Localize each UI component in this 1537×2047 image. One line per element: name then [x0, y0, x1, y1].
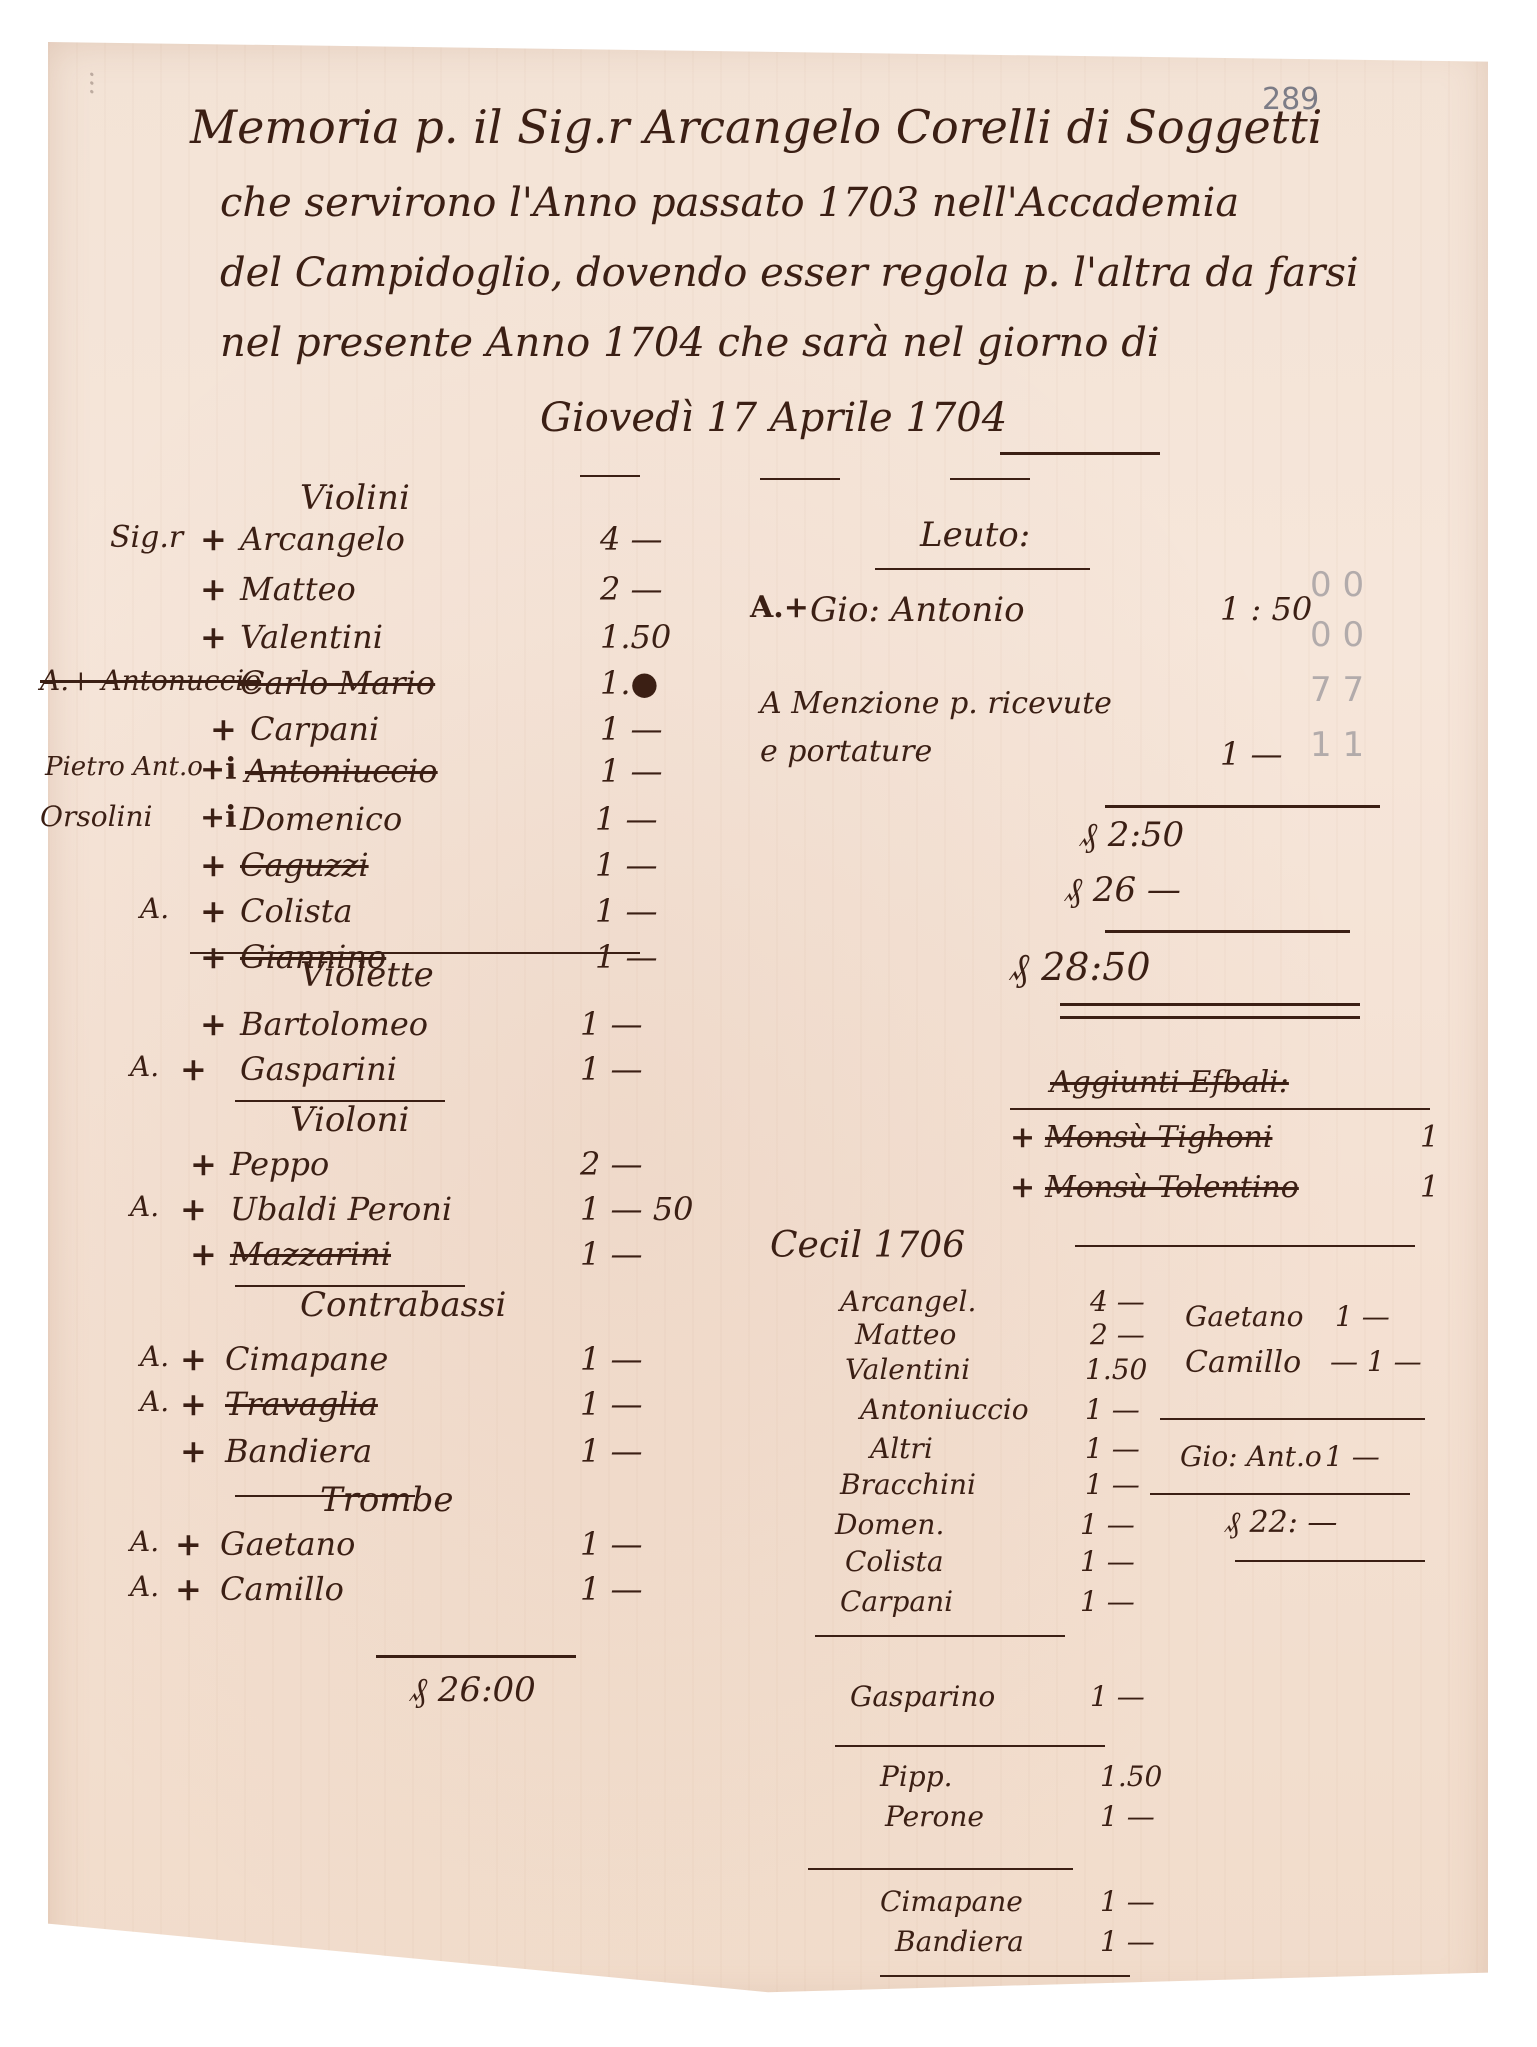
cross-mark: +i: [200, 800, 237, 835]
sum-rule: [1105, 805, 1380, 808]
fee-amount: 1.50: [1100, 1760, 1162, 1793]
pencil-figure: 0 0: [1310, 615, 1364, 655]
list-1706-total: ₰ 22: —: [1225, 1505, 1337, 1540]
musician-name: Antoniuccio: [860, 1393, 1029, 1426]
fee-amount: 1 —: [1325, 1440, 1380, 1473]
section-title-trombe: Trombe: [320, 1480, 454, 1520]
margin-note: Orsolini: [40, 800, 152, 833]
margin-note: A.: [130, 1050, 159, 1083]
fee-amount: 1 —: [580, 1340, 643, 1378]
fee-amount: 1 —: [580, 1385, 643, 1423]
fee-amount: 1 —: [1085, 1432, 1140, 1465]
heading-line-2: che servirono l'Anno passato 1703 nell'A…: [220, 180, 1239, 226]
fee-amount: 1 —: [600, 710, 663, 748]
section-title-contrabassi: Contrabassi: [300, 1285, 506, 1325]
margin-note: Sig.r: [110, 520, 183, 555]
fee-amount: — 1 —: [1330, 1345, 1422, 1378]
cross-mark: +: [1010, 1170, 1035, 1205]
cross-mark: +: [1010, 1120, 1035, 1155]
list-1706-title: Cecil 1706: [770, 1225, 965, 1266]
cross-mark: +i: [200, 752, 237, 787]
musician-name: Monsù Tolentino: [1045, 1170, 1299, 1205]
musician-name: Bandiera: [225, 1432, 372, 1470]
musician-name: Arcangelo: [240, 520, 405, 558]
cross-mark: +: [180, 1340, 207, 1378]
fee-amount: 1 —: [580, 1005, 643, 1043]
margin-note: A.: [140, 1385, 169, 1418]
fee-amount: 1.50: [1085, 1353, 1147, 1386]
musician-name: Altri: [870, 1432, 933, 1465]
total-rule: [376, 1655, 576, 1658]
fee-amount: 1 —: [580, 1570, 643, 1608]
fee-amount: 1 —: [595, 938, 658, 976]
pencil-figure: 1 1: [1310, 725, 1364, 765]
fee-amount: 1.50: [600, 618, 671, 656]
date-underline: [1000, 452, 1160, 455]
grand-total: ₰ 28:50: [1010, 945, 1151, 990]
cross-mark: +: [175, 1570, 202, 1608]
musician-name: Domenico: [240, 800, 402, 838]
margin-note: Pietro Ant.o: [45, 752, 203, 782]
musician-name: Carpani: [840, 1585, 953, 1618]
cross-mark: +: [210, 710, 237, 748]
musician-name: Arcangel.: [840, 1285, 976, 1318]
divider: [835, 1745, 1105, 1747]
musician-name: Camillo: [1185, 1345, 1301, 1380]
musician-name: Gaetano: [1185, 1300, 1303, 1333]
pencil-figure: 7 7: [1310, 670, 1364, 710]
musician-name: Monsù Tighoni: [1045, 1120, 1272, 1155]
musician-name: Gio: Antonio: [810, 590, 1025, 630]
cross-mark: +: [180, 1190, 207, 1228]
fee-amount: 1 —: [1100, 1885, 1155, 1918]
musician-name: Gaetano: [220, 1525, 355, 1563]
cross-mark: +: [180, 1385, 207, 1423]
musician-name: Bracchini: [840, 1468, 976, 1501]
fee-amount: 1 —: [1100, 1800, 1155, 1833]
double-rule: [1060, 1016, 1360, 1019]
divider: [1160, 1418, 1425, 1420]
cross-mark: +: [200, 570, 227, 608]
musician-name: Matteo: [855, 1318, 956, 1351]
fee-amount: 4 —: [600, 520, 663, 558]
margin-note: A.: [130, 1570, 159, 1603]
fee-amount: 1: [1420, 1170, 1439, 1205]
heading-line-3: del Campidoglio, dovendo esser regola p.…: [220, 250, 1359, 296]
subtotal-2: ₰ 26 —: [1065, 870, 1181, 910]
musician-name: Carpani: [250, 710, 379, 748]
cross-mark: +: [200, 846, 227, 884]
divider: [580, 475, 640, 477]
pencil-figure: 0 0: [1310, 560, 1364, 610]
fee-amount: 1 —: [1080, 1585, 1135, 1618]
margin-note: A.: [130, 1525, 159, 1558]
musician-name: Pipp.: [880, 1760, 953, 1793]
musician-name: Gasparino: [850, 1680, 995, 1713]
section-title-aggiunti: Aggiunti Efbali:: [1050, 1065, 1289, 1100]
fee-amount: 1: [1420, 1120, 1439, 1155]
fee-amount: 1 —: [1100, 1925, 1155, 1958]
fee-amount: 1 —: [1080, 1508, 1135, 1541]
musician-name: Colista: [240, 892, 353, 930]
divider: [1075, 1245, 1415, 1247]
fee-amount: 2 —: [600, 570, 663, 608]
cross-mark: +: [180, 1432, 207, 1470]
fee-amount: 1 —: [1220, 735, 1283, 773]
leuto-note: A Menzione p. ricevute e portature: [760, 680, 1120, 776]
fee-amount: 1.●: [600, 664, 658, 702]
fee-amount: 2 —: [580, 1145, 643, 1183]
musician-name: Cimapane: [225, 1340, 388, 1378]
section-title-violini: Violini: [300, 478, 410, 518]
cross-mark: +: [200, 1005, 227, 1043]
margin-note: A.: [130, 1190, 159, 1223]
divider: [1150, 1493, 1410, 1495]
cross-mark: A.+: [750, 590, 809, 625]
fee-amount: 1 —: [580, 1235, 643, 1273]
title-underline: [875, 568, 1090, 570]
heading-date: Giovedì 17 Aprile 1704: [540, 395, 1007, 441]
section-title-leuto: Leuto:: [920, 515, 1030, 555]
margin-note: A.: [140, 1340, 169, 1373]
fee-amount: 1 —: [1090, 1680, 1145, 1713]
musician-name: Mazzarini: [230, 1235, 391, 1273]
musician-name: Valentini: [845, 1353, 970, 1386]
heading-line-1: Memoria p. il Sig.r Arcangelo Corelli di…: [190, 100, 1322, 154]
cross-mark: +: [200, 892, 227, 930]
margin-note: A.: [140, 892, 169, 925]
musician-name: Matteo: [240, 570, 356, 608]
musician-name: Valentini: [240, 618, 383, 656]
fee-amount: 1 —: [600, 752, 663, 790]
section-title-violoni: Violoni: [290, 1100, 409, 1140]
fee-amount: 1 —: [1085, 1468, 1140, 1501]
musician-name: Gio: Ant.o: [1180, 1440, 1322, 1473]
cross-mark: +: [180, 1050, 207, 1088]
cross-mark: +: [190, 1235, 217, 1273]
musician-name: Colista: [845, 1545, 944, 1578]
fee-amount: 1 —: [580, 1525, 643, 1563]
musician-name: Gasparini: [240, 1050, 397, 1088]
musician-name: Caguzzi: [240, 846, 369, 884]
margin-note: A.+ Antonuccio: [40, 664, 261, 697]
margin-note-vertical: …: [70, 70, 100, 96]
fee-amount: 1 —: [580, 1050, 643, 1088]
strike-line: [190, 952, 640, 954]
divider: [1010, 1108, 1430, 1110]
fee-amount: 1 —: [1335, 1300, 1390, 1333]
fee-amount: 1 —: [580, 1432, 643, 1470]
heading-line-4: nel presente Anno 1704 che sarà nel gior…: [220, 320, 1160, 366]
divider: [760, 478, 840, 480]
sum-rule: [1105, 930, 1350, 933]
musician-name: Camillo: [220, 1570, 344, 1608]
fee-amount: 1 —: [595, 892, 658, 930]
fee-amount: 1 : 50: [1220, 590, 1312, 628]
section-title-violette: Violette: [300, 955, 434, 995]
fee-amount: 1 —: [595, 846, 658, 884]
fee-amount: 1 —: [1085, 1393, 1140, 1426]
cross-mark: +: [175, 1525, 202, 1563]
musician-name: Perone: [885, 1800, 984, 1833]
musician-name: Antoniuccio: [245, 752, 438, 790]
musician-name: Bartolomeo: [240, 1005, 428, 1043]
musician-name: Travaglia: [225, 1385, 378, 1423]
subtotal-1: ₰ 2:50: [1080, 815, 1184, 855]
divider: [815, 1635, 1065, 1637]
cross-mark: +: [190, 1145, 217, 1183]
musician-name: Cimapane: [880, 1885, 1023, 1918]
divider: [880, 1975, 1130, 1977]
musician-name: Carlo Mario: [240, 664, 435, 702]
divider: [950, 478, 1030, 480]
musician-name: Peppo: [230, 1145, 329, 1183]
fee-amount: 4 —: [1090, 1285, 1145, 1318]
fee-amount: 1 —: [595, 800, 658, 838]
musician-name: Ubaldi Peroni: [230, 1190, 452, 1228]
musician-name: Domen.: [835, 1508, 944, 1541]
cross-mark: +: [200, 938, 227, 976]
fee-amount: 1 — 50: [580, 1190, 693, 1228]
cross-mark: +: [200, 520, 227, 558]
divider: [1235, 1560, 1425, 1562]
fee-amount: 2 —: [1090, 1318, 1145, 1351]
fee-amount: 1 —: [1080, 1545, 1135, 1578]
left-total: ₰ 26:00: [410, 1670, 536, 1710]
cross-mark: +: [200, 618, 227, 656]
divider: [808, 1868, 1073, 1870]
musician-name: Bandiera: [895, 1925, 1024, 1958]
double-rule: [1060, 1003, 1360, 1006]
